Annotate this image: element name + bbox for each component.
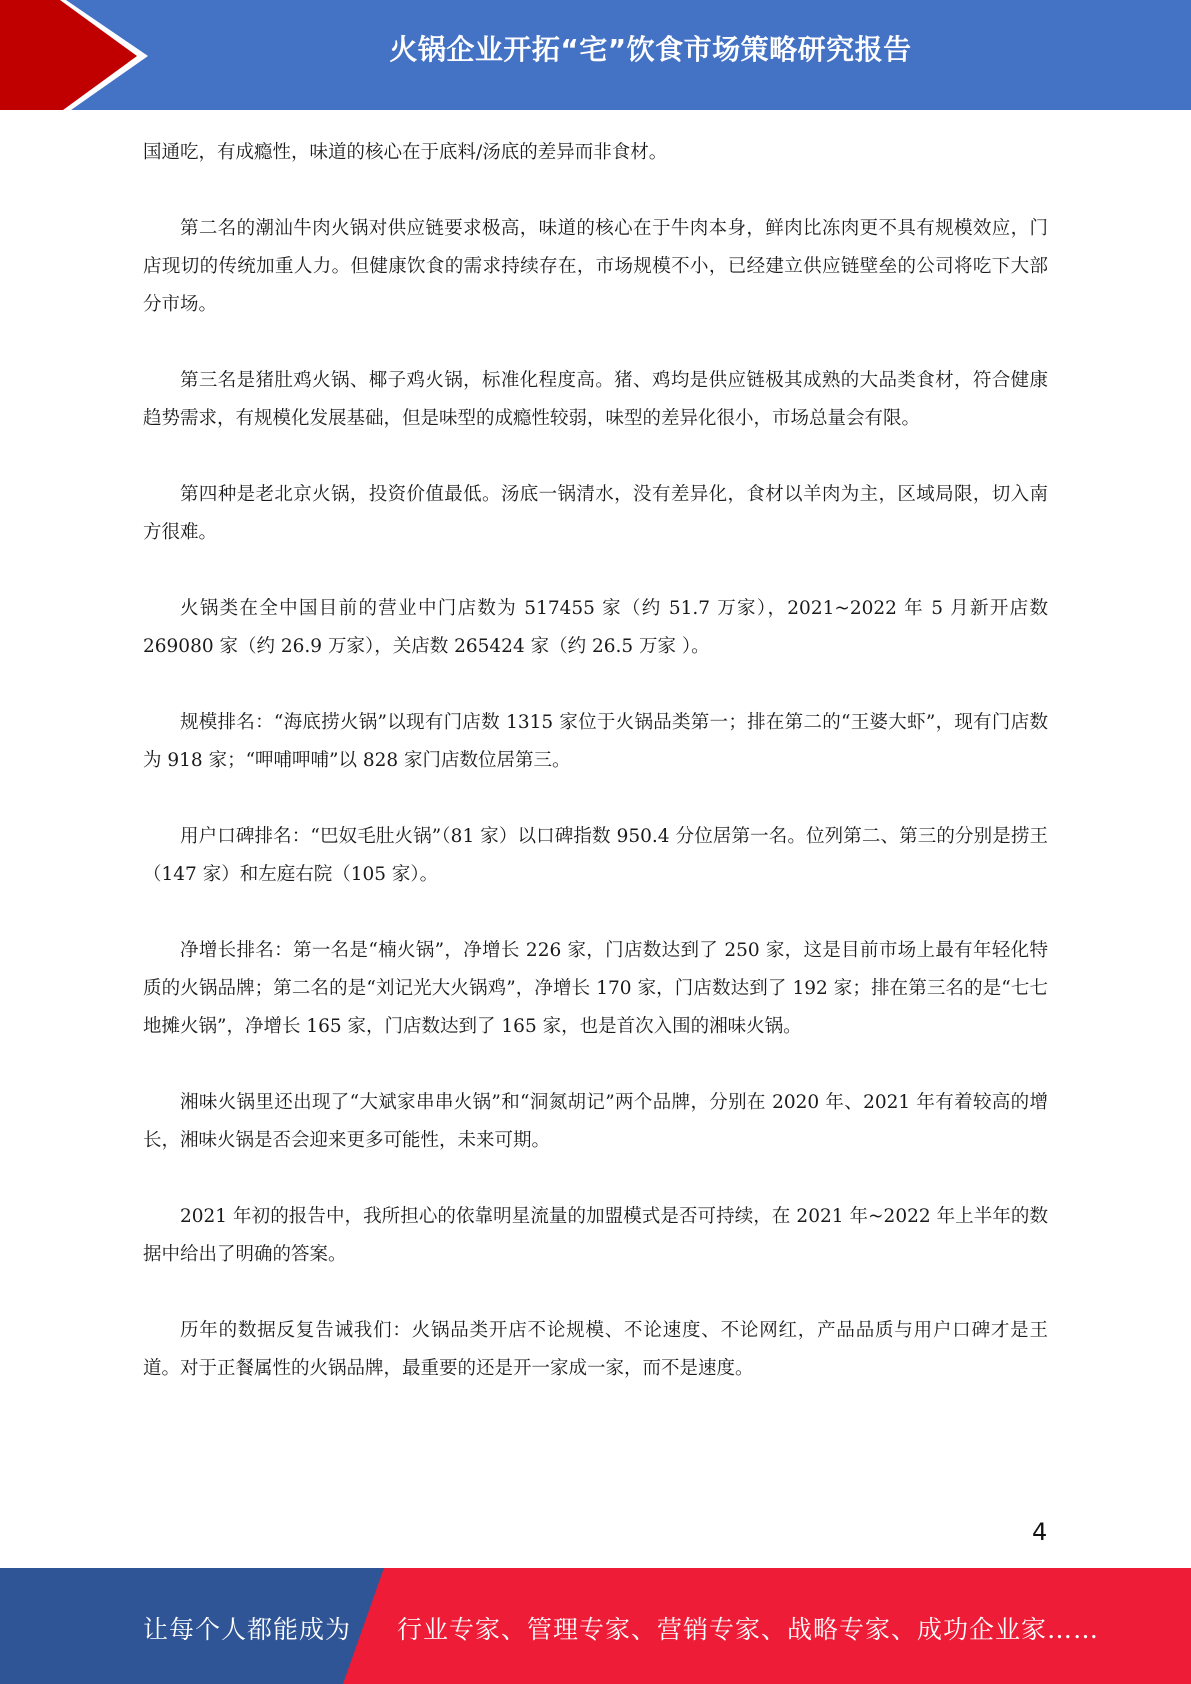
paragraph-conclusion: 历年的数据反复告诫我们：火锅品类开店不论规模、不论速度、不论网红，产品品质与用户… [143, 1312, 1048, 1388]
paragraph-reputation-ranking: 用户口碑排名：“巴奴毛肚火锅”（81 家）以口碑指数 950.4 分位居第一名。… [143, 818, 1048, 894]
footer-slogan-left: 让每个人都能成为 [143, 1610, 351, 1646]
report-title: 火锅企业开拓“宅”饮食市场策略研究报告 [0, 28, 1191, 68]
paragraph-old-beijing: 第四种是老北京火锅，投资价值最低。汤底一锅清水，没有差异化，食材以羊肉为主，区域… [143, 476, 1048, 552]
paragraph-hunan-hotpot: 湘味火锅里还出现了“大斌家串串火锅”和“洞氮胡记”两个品牌，分别在 2020 年… [143, 1084, 1048, 1160]
paragraph-pork-tripe-chicken: 第三名是猪肚鸡火锅、椰子鸡火锅，标准化程度高。猪、鸡均是供应链极其成熟的大品类食… [143, 362, 1048, 438]
page-number: 4 [1032, 1518, 1047, 1546]
paragraph-franchise-model: 2021 年初的报告中，我所担心的依靠明星流量的加盟模式是否可持续，在 2021… [143, 1198, 1048, 1274]
paragraph-chaoshan-beef: 第二名的潮汕牛肉火锅对供应链要求极高，味道的核心在于牛肉本身，鲜肉比冻肉更不具有… [143, 210, 1048, 324]
page-footer: 让每个人都能成为 行业专家、管理专家、营销专家、战略专家、成功企业家…… [0, 1568, 1191, 1684]
paragraph-net-growth-ranking: 净增长排名：第一名是“楠火锅”，净增长 226 家，门店数达到了 250 家，这… [143, 932, 1048, 1046]
paragraph-store-counts: 火锅类在全中国目前的营业中门店数为 517455 家（约 51.7 万家），20… [143, 590, 1048, 666]
document-body: 国通吃，有成瘾性，味道的核心在于底料/汤底的差异而非食材。 第二名的潮汕牛肉火锅… [143, 134, 1048, 1426]
page-header: 火锅企业开拓“宅”饮食市场策略研究报告 [0, 0, 1191, 110]
paragraph-continued: 国通吃，有成瘾性，味道的核心在于底料/汤底的差异而非食材。 [143, 134, 1048, 172]
paragraph-scale-ranking: 规模排名：“海底捞火锅”以现有门店数 1315 家位于火锅品类第一；排在第二的“… [143, 704, 1048, 780]
footer-slogan-right: 行业专家、管理专家、营销专家、战略专家、成功企业家…… [397, 1610, 1099, 1646]
